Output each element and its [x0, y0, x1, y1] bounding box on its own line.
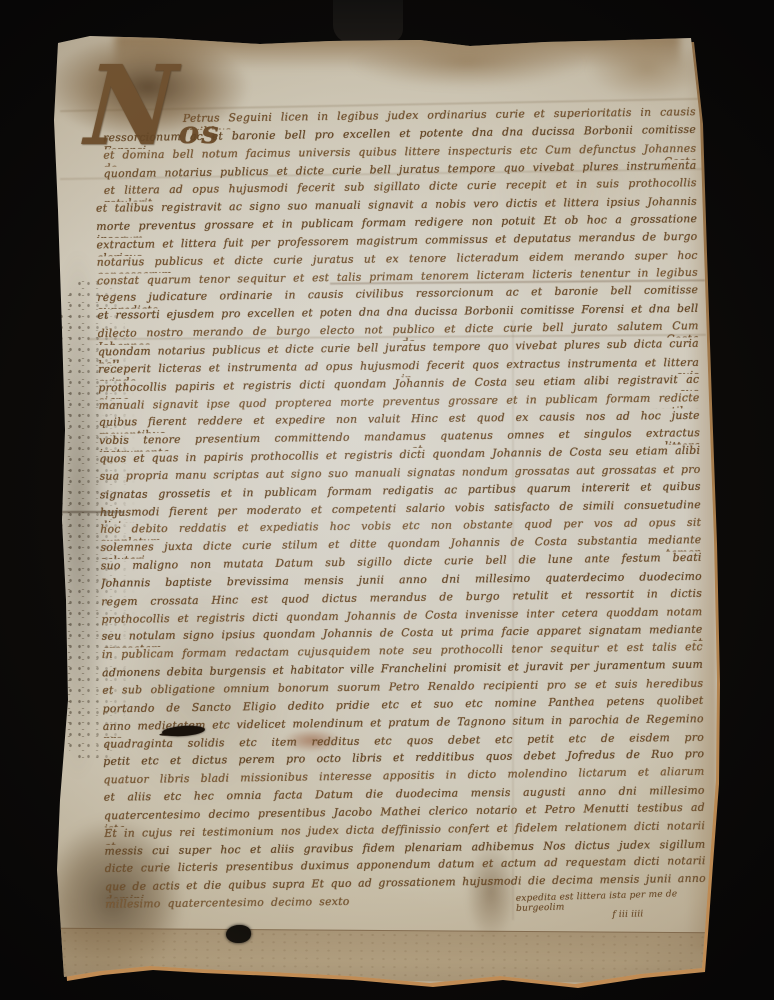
worm-hole [226, 925, 251, 943]
manuscript-text: Petrus Seguini licen in legibus judex or… [95, 105, 706, 916]
mount-clamp [333, 0, 403, 43]
stain-top-middle [350, 38, 585, 88]
parchment-document: N os Petrus Seguini licen in legibus jud… [0, 0, 774, 1000]
notarial-note: expedita est littera ista per me de burg… [516, 888, 722, 923]
fold-plica [48, 928, 710, 984]
photo-background: N os Petrus Seguini licen in legibus jud… [0, 0, 774, 1000]
